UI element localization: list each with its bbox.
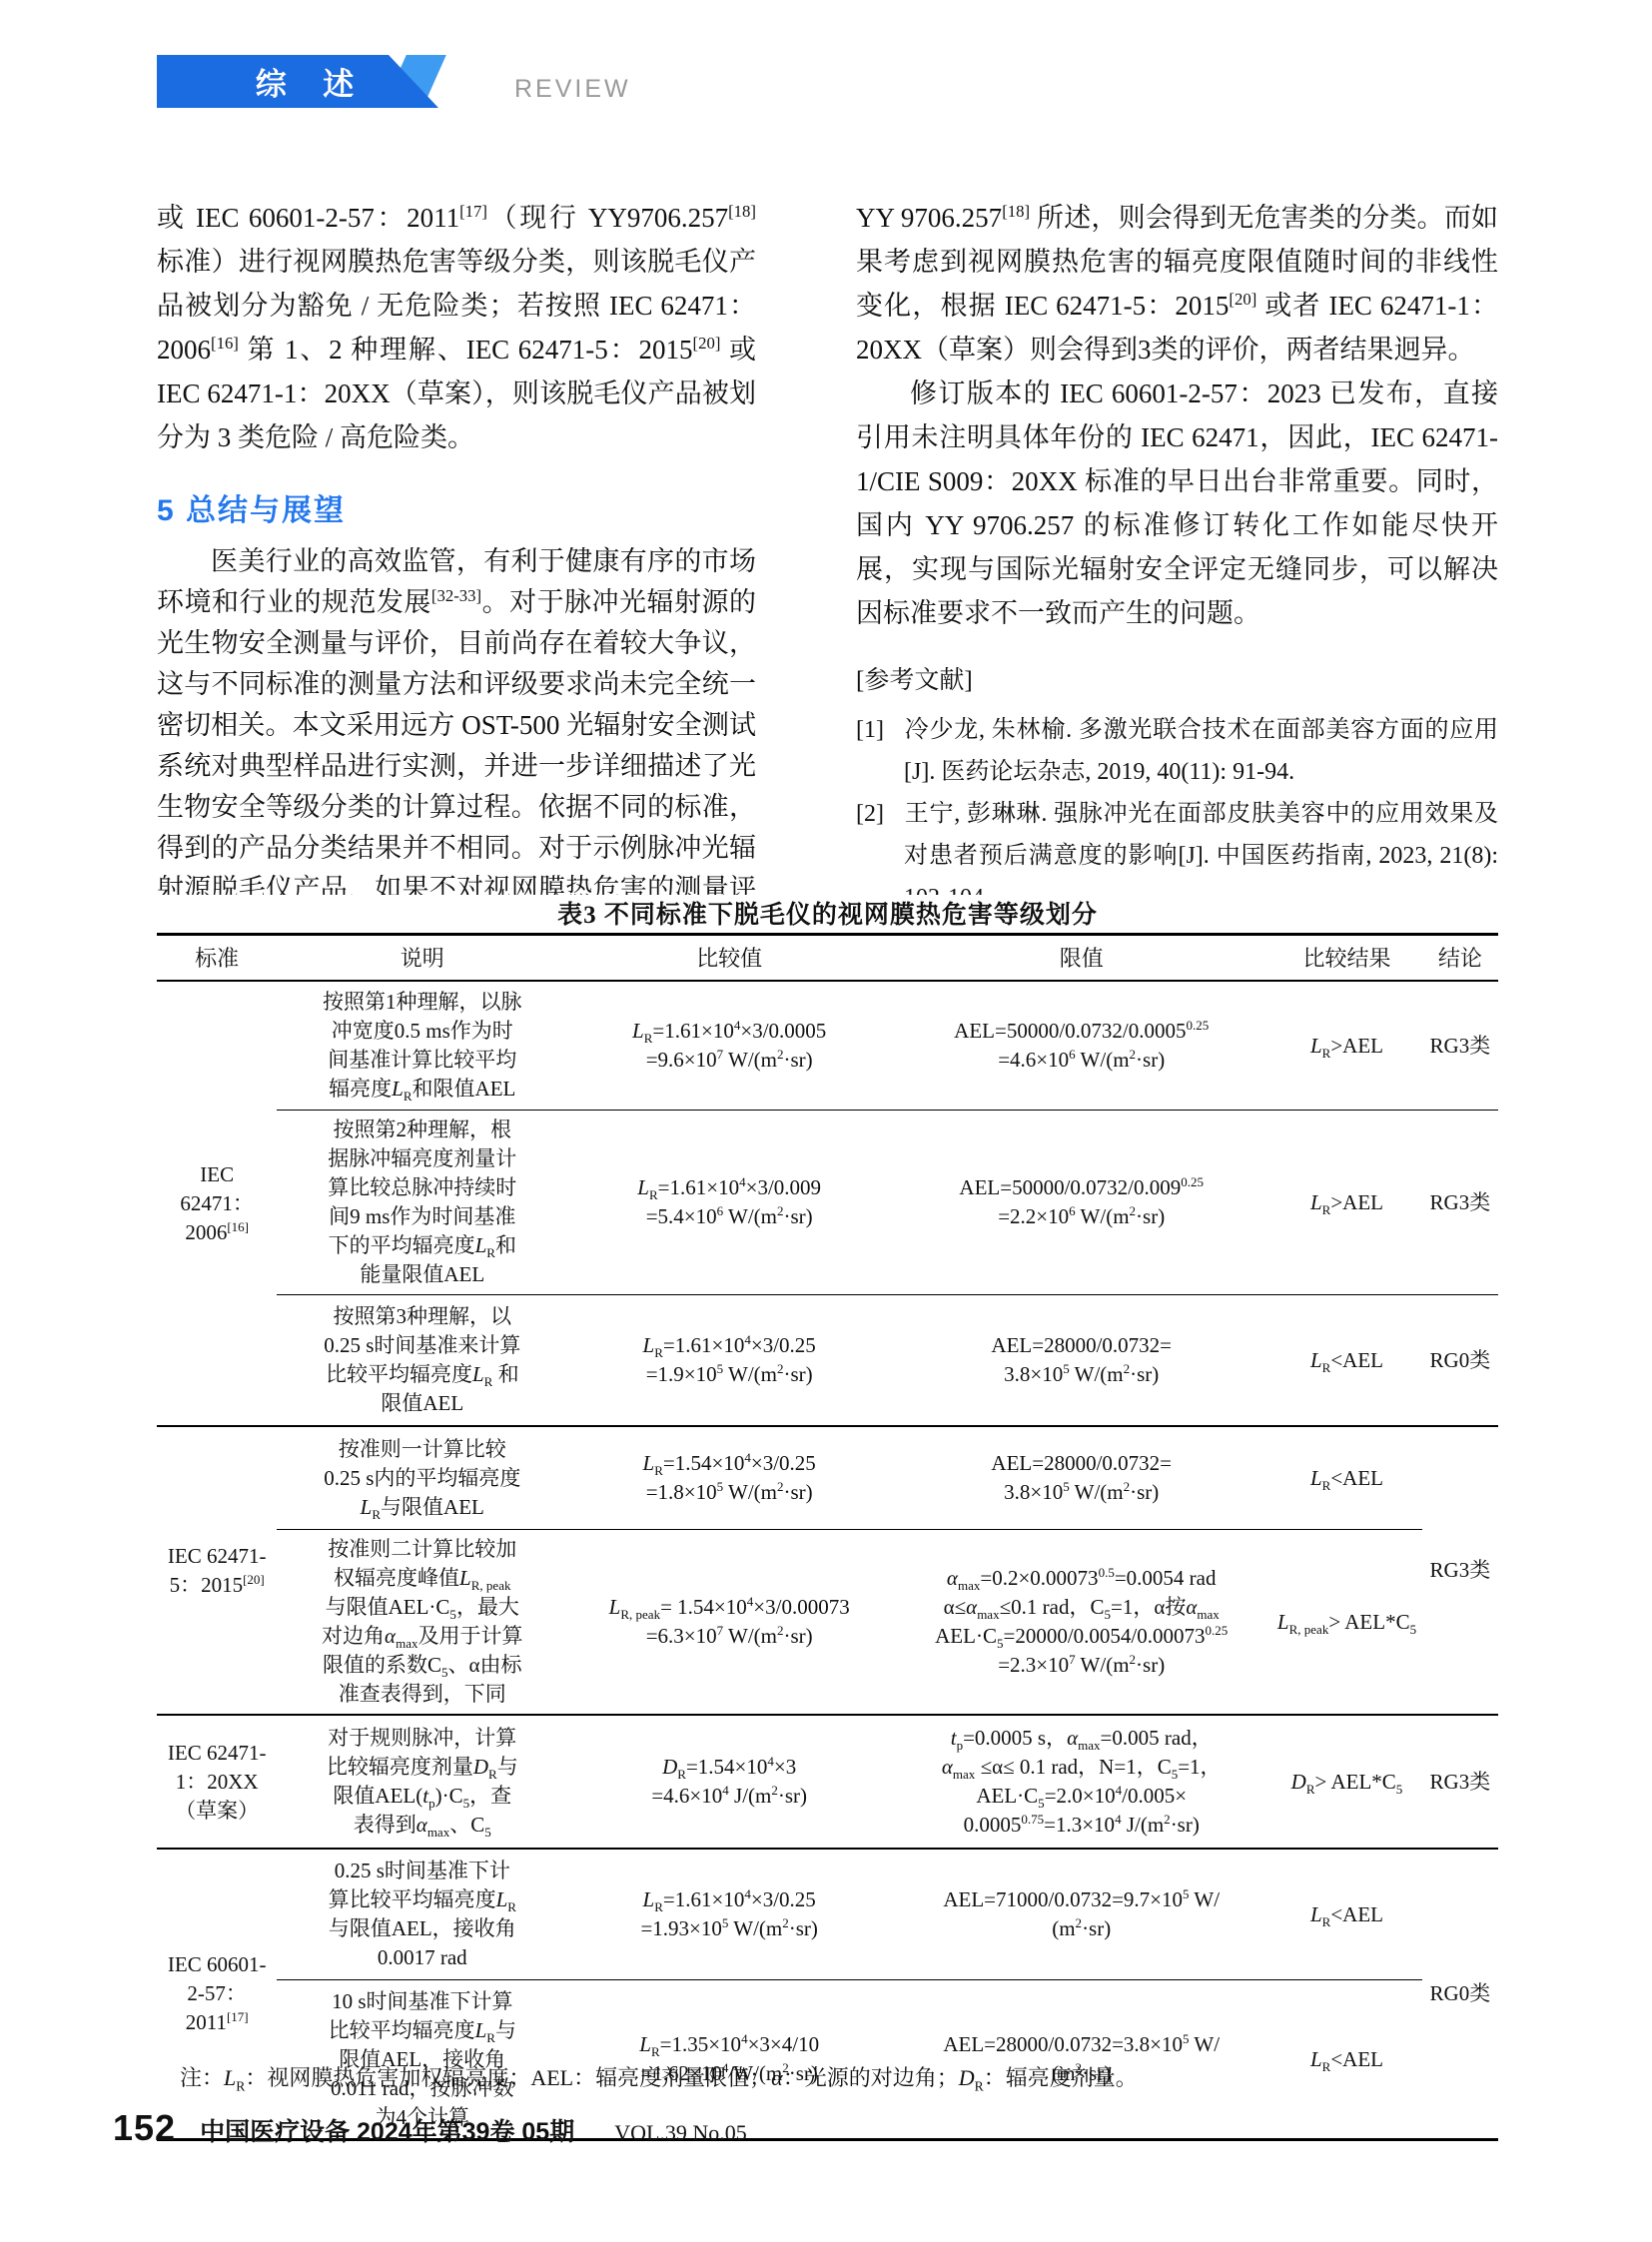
page-header: 综 述 REVIEW bbox=[157, 55, 631, 108]
cell-compare-result: LR<AEL bbox=[1271, 1295, 1421, 1427]
table-row: 按照第2种理解，根据脉冲辐亮度剂量计算比较总脉冲持续时间9 ms作为时间基准下的… bbox=[157, 1111, 1498, 1295]
table-row: IEC62471：2006[16] 按照第1种理解，以脉冲宽度0.5 ms作为时… bbox=[157, 981, 1498, 1111]
cell-conclusion: RG3类 bbox=[1422, 1426, 1498, 1715]
references-heading: [参考文献] bbox=[856, 661, 1498, 701]
page-footer: 152 中国医疗设备 2024年第39卷 05期 VOL.39 No.05 bbox=[113, 2107, 747, 2149]
cell-description: 按照第1种理解，以脉冲宽度0.5 ms作为时间基准计算比较平均辐亮度LR和限值A… bbox=[277, 981, 567, 1111]
cell-compare-value: LR=1.61×104×3/0.009=5.4×106 W/(m2·sr) bbox=[567, 1111, 891, 1295]
cell-compare-result: LR<AEL bbox=[1271, 1980, 1421, 2140]
review-label: REVIEW bbox=[514, 75, 631, 104]
cell-limit: AEL=28000/0.0732=3.8×105 W/(m2·sr) bbox=[891, 1295, 1271, 1427]
cell-compare-result: DR> AEL*C5 bbox=[1271, 1715, 1421, 1849]
cell-limit: αmax=0.2×0.000730.5=0.0054 radα≤αmax≤0.1… bbox=[891, 1530, 1271, 1716]
col-header-compare-value: 比较值 bbox=[567, 935, 891, 982]
cell-standard: IEC 62471-5：2015[20] bbox=[157, 1426, 277, 1715]
table-row: 按照第3种理解，以0.25 s时间基准来计算比较平均辐亮度LR 和限值AEL L… bbox=[157, 1295, 1498, 1427]
cell-description: 按准则一计算比较0.25 s内的平均辐亮度LR与限值AEL bbox=[277, 1426, 567, 1530]
reference-text: 冷少龙, 朱林榆. 多激光联合技术在面部美容方面的应用[J]. 医药论坛杂志, … bbox=[904, 717, 1498, 785]
cell-standard: IEC62471：2006[16] bbox=[157, 981, 277, 1426]
cell-description: 按准则二计算比较加权辐亮度峰值LR, peak与限值AEL·C5，最大对边角αm… bbox=[277, 1530, 567, 1716]
column-type-banner: 综 述 bbox=[157, 55, 452, 108]
reference-item: [1]冷少龙, 朱林榆. 多激光联合技术在面部美容方面的应用[J]. 医药论坛杂… bbox=[856, 709, 1498, 793]
right-column: YY 9706.257[18] 所述，则会得到无危害类的分类。而如果考虑到视网膜… bbox=[856, 196, 1498, 895]
cell-standard: IEC 62471-1：20XX（草案） bbox=[157, 1715, 277, 1849]
reference-label: [2] bbox=[856, 793, 904, 835]
cell-conclusion: RG3类 bbox=[1422, 1715, 1498, 1849]
cell-conclusion: RG0类 bbox=[1422, 1295, 1498, 1427]
banner-label: 综 述 bbox=[189, 59, 420, 104]
cell-limit: AEL=50000/0.0732/0.00050.25=4.6×106 W/(m… bbox=[891, 981, 1271, 1111]
col-header-description: 说明 bbox=[277, 935, 567, 982]
standards-comparison-table: 标准 说明 比较值 限值 比较结果 结论 IEC62471：2006[16] 按… bbox=[157, 933, 1498, 2141]
reference-text: 王宁, 彭琳琳. 强脉冲光在面部皮肤美容中的应用效果及对患者预后满意度的影响[J… bbox=[904, 801, 1498, 895]
cell-compare-result: LR, peak> AEL*C5 bbox=[1271, 1530, 1421, 1716]
paragraph-continuation: YY 9706.257[18] 所述，则会得到无危害类的分类。而如果考虑到视网膜… bbox=[856, 196, 1498, 372]
cell-limit: AEL=71000/0.0732=9.7×105 W/(m2·sr) bbox=[891, 1849, 1271, 1980]
journal-page: 综 述 REVIEW 或 IEC 60601-2-57：2011[17]（现行 … bbox=[0, 0, 1652, 2242]
table-row: IEC 60601-2-57：2011[17] 0.25 s时间基准下计算比较平… bbox=[157, 1849, 1498, 1980]
cell-compare-result: LR<AEL bbox=[1271, 1426, 1421, 1530]
paragraph: 修订版本的 IEC 60601-2-57：2023 已发布，直接引用未注明具体年… bbox=[856, 372, 1498, 635]
cell-compare-value: LR=1.54×104×3/0.25=1.8×105 W/(m2·sr) bbox=[567, 1426, 891, 1530]
cell-compare-value: DR=1.54×104×3=4.6×104 J/(m2·sr) bbox=[567, 1715, 891, 1849]
summary-paragraph: 医美行业的高效监管，有利于健康有序的市场环境和行业的规范发展[32-33]。对于… bbox=[157, 541, 756, 895]
col-header-compare-result: 比较结果 bbox=[1271, 935, 1421, 982]
col-header-conclusion: 结论 bbox=[1422, 935, 1498, 982]
cell-compare-value: LR, peak= 1.54×104×3/0.00073=6.3×107 W/(… bbox=[567, 1530, 891, 1716]
cell-conclusion: RG3类 bbox=[1422, 981, 1498, 1111]
cell-standard: IEC 60601-2-57：2011[17] bbox=[157, 1849, 277, 2140]
cell-description: 0.25 s时间基准下计算比较平均辐亮度LR与限值AEL，接收角0.0017 r… bbox=[277, 1849, 567, 1980]
cell-conclusion: RG3类 bbox=[1422, 1111, 1498, 1295]
col-header-limit: 限值 bbox=[891, 935, 1271, 982]
cell-limit: AEL=28000/0.0732=3.8×105 W/(m2·sr) bbox=[891, 1426, 1271, 1530]
reference-label: [1] bbox=[856, 709, 904, 751]
volume-info: VOL.39 No.05 bbox=[614, 2120, 747, 2146]
cell-limit: tp=0.0005 s，αmax=0.005 rad，αmax ≤α≤ 0.1 … bbox=[891, 1715, 1271, 1849]
cell-limit: AEL=28000/0.0732=3.8×105 W/(m2·sr) bbox=[891, 1980, 1271, 2140]
cell-description: 按照第2种理解，根据脉冲辐亮度剂量计算比较总脉冲持续时间9 ms作为时间基准下的… bbox=[277, 1111, 567, 1295]
table-caption: 表3 不同标准下脱毛仪的视网膜热危害等级划分 bbox=[157, 895, 1498, 931]
col-header-standard: 标准 bbox=[157, 935, 277, 982]
section-heading: 5 总结与展望 bbox=[157, 485, 756, 529]
table-row: IEC 62471-1：20XX（草案） 对于规则脉冲，计算比较辐亮度剂量DR与… bbox=[157, 1715, 1498, 1849]
cell-compare-result: LR<AEL bbox=[1271, 1849, 1421, 1980]
cell-compare-result: LR>AEL bbox=[1271, 1111, 1421, 1295]
cell-compare-result: LR>AEL bbox=[1271, 981, 1421, 1111]
body-columns: 或 IEC 60601-2-57：2011[17]（现行 YY9706.257[… bbox=[157, 196, 1498, 895]
paragraph-continuation: 或 IEC 60601-2-57：2011[17]（现行 YY9706.257[… bbox=[157, 196, 756, 459]
cell-compare-value: LR=1.61×104×3/0.25=1.9×105 W/(m2·sr) bbox=[567, 1295, 891, 1427]
cell-limit: AEL=50000/0.0732/0.0090.25=2.2×106 W/(m2… bbox=[891, 1111, 1271, 1295]
cell-description: 对于规则脉冲，计算比较辐亮度剂量DR与限值AEL(tp)·C5，查表得到αmax… bbox=[277, 1715, 567, 1849]
reference-item: [2]王宁, 彭琳琳. 强脉冲光在面部皮肤美容中的应用效果及对患者预后满意度的影… bbox=[856, 793, 1498, 895]
journal-info: 中国医疗设备 2024年第39卷 05期 bbox=[200, 2112, 574, 2148]
table-note: 注：LR：视网膜热危害加权辐亮度；AEL：辐亮度剂量限值；α：光源的对边角；DR… bbox=[180, 2063, 1498, 2093]
left-column: 或 IEC 60601-2-57：2011[17]（现行 YY9706.257[… bbox=[157, 196, 756, 895]
cell-conclusion: RG0类 bbox=[1422, 1849, 1498, 2140]
table-header-row: 标准 说明 比较值 限值 比较结果 结论 bbox=[157, 935, 1498, 982]
cell-compare-value: LR=1.61×104×3/0.0005=9.6×107 W/(m2·sr) bbox=[567, 981, 891, 1111]
table-row: 按准则二计算比较加权辐亮度峰值LR, peak与限值AEL·C5，最大对边角αm… bbox=[157, 1530, 1498, 1716]
cell-compare-value: LR=1.61×104×3/0.25=1.93×105 W/(m2·sr) bbox=[567, 1849, 891, 1980]
table-row: IEC 62471-5：2015[20] 按准则一计算比较0.25 s内的平均辐… bbox=[157, 1426, 1498, 1530]
page-number: 152 bbox=[113, 2107, 176, 2149]
table-wrapper: 标准 说明 比较值 限值 比较结果 结论 IEC62471：2006[16] 按… bbox=[157, 933, 1498, 2141]
cell-description: 按照第3种理解，以0.25 s时间基准来计算比较平均辐亮度LR 和限值AEL bbox=[277, 1295, 567, 1427]
